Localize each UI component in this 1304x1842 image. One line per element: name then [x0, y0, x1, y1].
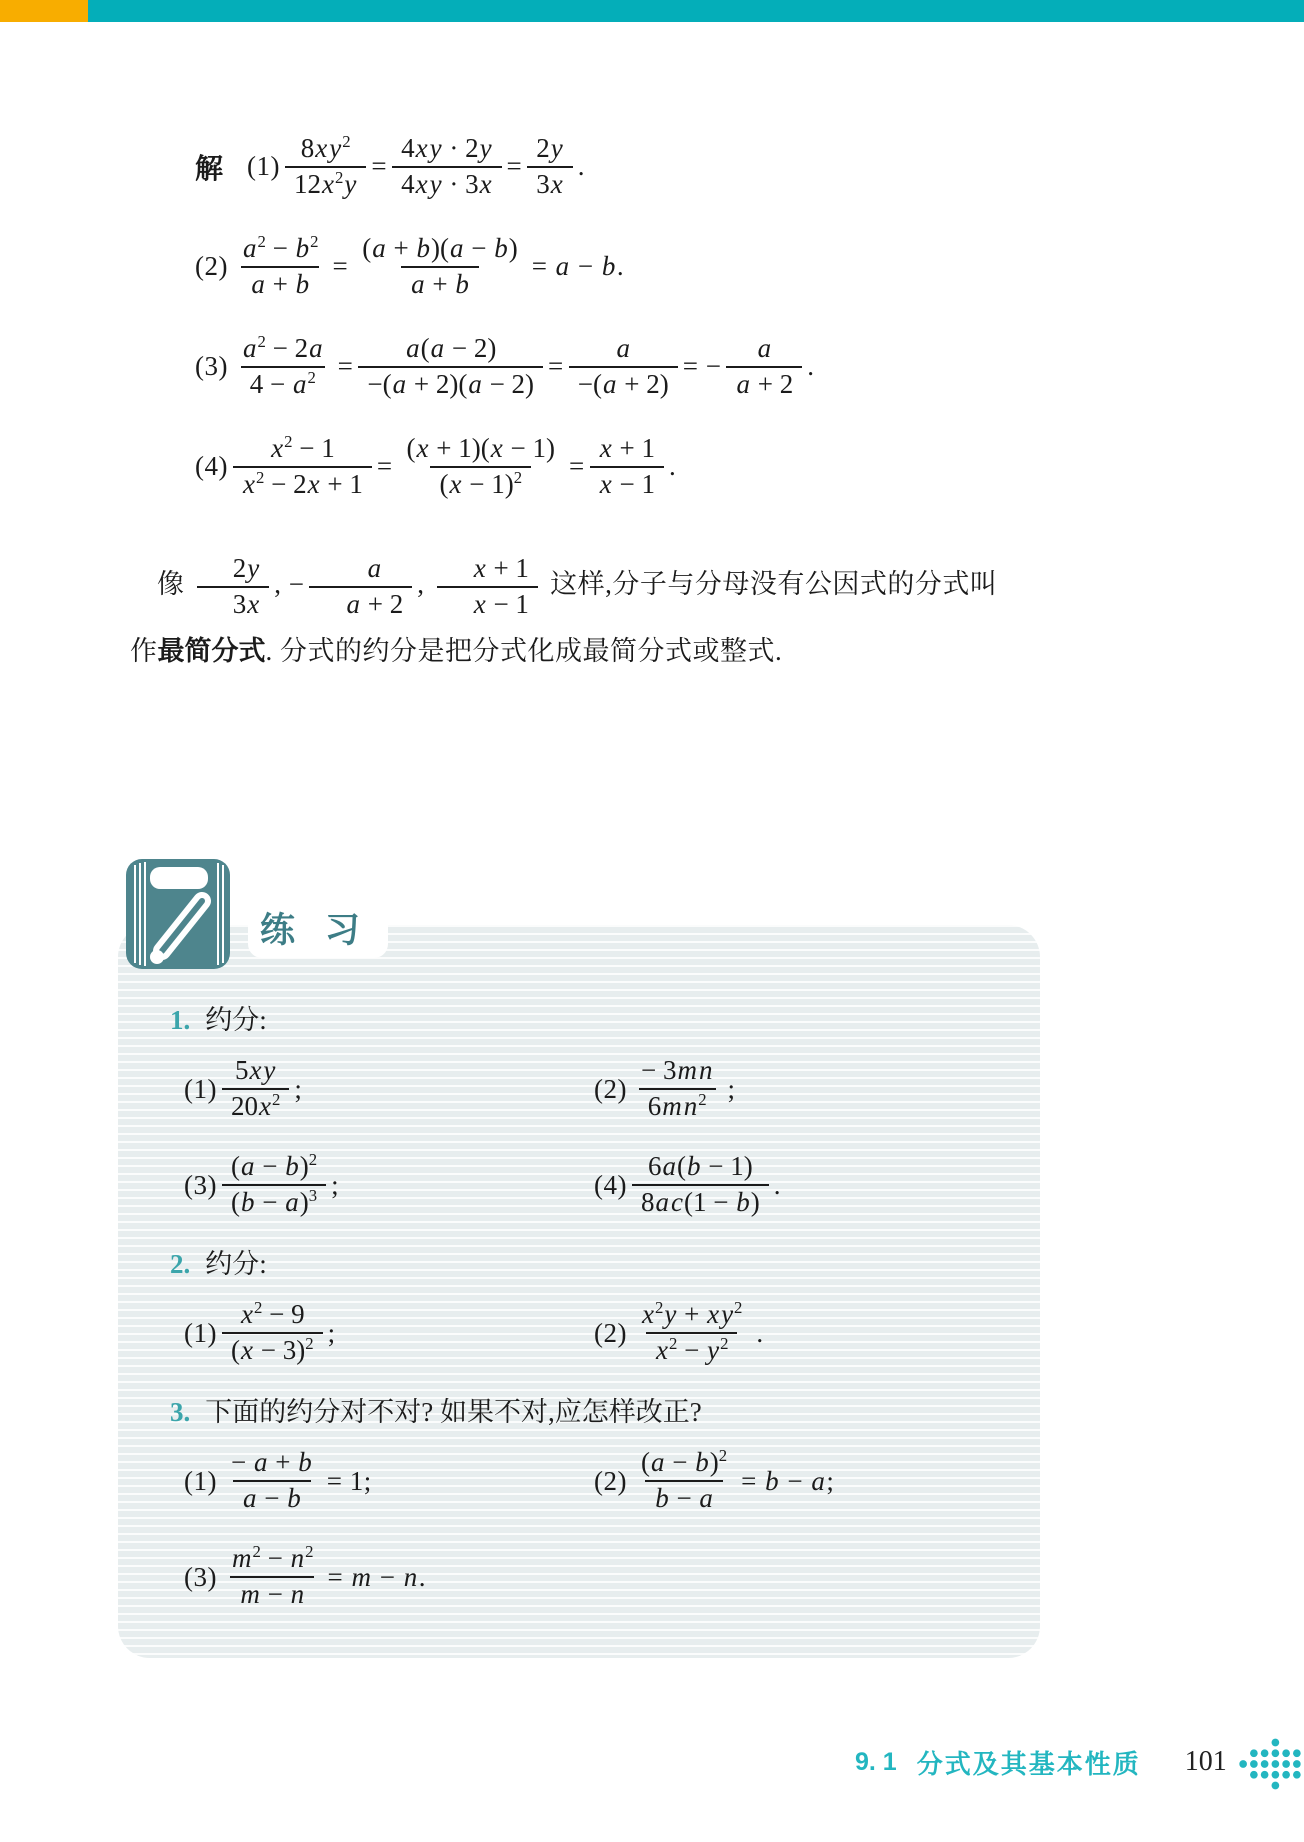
- fraction: x + 1x − 1: [590, 432, 664, 502]
- math-text: (1): [184, 1074, 217, 1105]
- fraction: 8xy212x2y: [285, 132, 366, 202]
- exercise-prompt: 3.下面的约分对不对? 如果不对,应怎样改正?: [170, 1391, 1030, 1433]
- math-text: .: [774, 1170, 781, 1201]
- definition-paragraph: 像 2y3x, −aa + 2, x + 1x − 1 这样,分子与分母没有公因…: [130, 552, 1022, 680]
- footer-section-title: 分式及其基本性质: [917, 1744, 1141, 1781]
- exercise-item: (1) − a + ba − b = 1;: [184, 1433, 594, 1529]
- exercise-item: (2) − 3mn6mn2;: [594, 1041, 1030, 1137]
- exercise-prompt-text: 约分:: [205, 1243, 267, 1285]
- fraction: (a − b)2(b − a)3: [222, 1150, 326, 1220]
- math-text: .: [669, 451, 676, 482]
- exercise-prompt: 2.约分:: [170, 1243, 1030, 1285]
- math-text: .: [807, 351, 814, 382]
- exercise-prompt-text: 约分:: [205, 999, 267, 1041]
- exercise-item: (4) 6a(b − 1)8ac(1 − b).: [594, 1137, 1030, 1233]
- practice-header: 练 习: [122, 853, 388, 973]
- exercise-items: (1) 5xy20x2;(2) − 3mn6mn2;(3) (a − b)2(b…: [154, 1041, 1030, 1233]
- solution-line: (2) a2 − b2a + b = (a + b)(a − b)a + b =…: [195, 218, 814, 315]
- exercise-number: 1.: [170, 999, 190, 1041]
- math-text: (3): [195, 351, 228, 382]
- fraction: 4xy · 2y4xy · 3x: [392, 132, 501, 202]
- math-text: (2): [594, 1318, 627, 1349]
- fraction: m2 − n2m − n: [222, 1542, 322, 1612]
- fraction: aa + 2: [726, 332, 802, 402]
- notebook-pencil-icon: [122, 853, 234, 973]
- math-text: (3): [184, 1562, 217, 1593]
- exercise-items: (1) − a + ba − b = 1;(2) (a − b)2b − a =…: [154, 1433, 1030, 1625]
- math-text: ;: [328, 1318, 336, 1349]
- fraction: (a − b)2b − a: [632, 1446, 736, 1516]
- exercise: 2.约分:(1) x2 − 9(x − 3)2;(2) x2y + xy2x2 …: [154, 1243, 1030, 1381]
- footer-section-number: 9. 1: [855, 1748, 897, 1777]
- math-text: (2): [594, 1466, 627, 1497]
- math-text: =: [548, 351, 564, 382]
- math-text: = b − a;: [741, 1466, 834, 1497]
- exercise: 1.约分:(1) 5xy20x2;(2) − 3mn6mn2;(3) (a − …: [154, 999, 1030, 1233]
- fraction: − 3mn6mn2: [632, 1054, 722, 1124]
- exercise-items: (1) x2 − 9(x − 3)2;(2) x2y + xy2x2 − y2.: [154, 1285, 1030, 1381]
- fraction: a−(a + 2): [569, 332, 678, 402]
- fraction: − a + ba − b: [222, 1446, 322, 1516]
- math-text: ,: [417, 569, 432, 599]
- math-text: =: [377, 451, 393, 482]
- math-text: (4): [594, 1170, 627, 1201]
- math-text: . 分式的约分是把分式化成最简分式或整式.: [266, 636, 783, 666]
- exercise: 3.下面的约分对不对? 如果不对,应怎样改正?(1) − a + ba − b …: [154, 1391, 1030, 1625]
- math-text: (2): [195, 251, 228, 282]
- exercise-item: (1) 5xy20x2;: [184, 1041, 594, 1137]
- top-bar-teal-segment: [88, 0, 1304, 22]
- exercise-item: (3) m2 − n2m − n = m − n.: [184, 1529, 594, 1625]
- math-text: ;: [727, 1074, 735, 1105]
- exercise-item: (2) x2y + xy2x2 − y2.: [594, 1285, 1030, 1381]
- exercise-item: (2) (a − b)2b − a = b − a;: [594, 1433, 1030, 1529]
- footer-page-number: 101: [1185, 1746, 1227, 1778]
- bold-key-term: 最简分式: [158, 636, 266, 666]
- fraction: x2y + xy2x2 − y2: [632, 1298, 751, 1368]
- fraction: (a + b)(a − b)a + b: [353, 232, 526, 302]
- exercise-number: 2.: [170, 1243, 190, 1285]
- solution-line: (4) x2 − 1x2 − 2x + 1 = (x + 1)(x − 1)(x…: [195, 418, 814, 515]
- math-text: (1): [184, 1318, 217, 1349]
- math-text: = a − b.: [532, 251, 624, 282]
- exercise-item: (3) (a − b)2(b − a)3;: [184, 1137, 594, 1233]
- top-bar-orange-segment: [0, 0, 88, 22]
- math-text: ;: [294, 1074, 302, 1105]
- fraction: a2 − 2a4 − a2: [233, 332, 333, 402]
- math-text: =: [507, 151, 523, 182]
- math-text: .: [756, 1318, 763, 1349]
- math-text: (4): [195, 451, 228, 482]
- fraction: a(a − 2)−(a + 2)(a − 2): [358, 332, 543, 402]
- fraction: (x + 1)(x − 1)(x − 1)2: [398, 432, 564, 502]
- fraction: a2 − b2a + b: [233, 232, 327, 302]
- math-text: (1): [247, 151, 280, 182]
- solution-line: (3) a2 − 2a4 − a2 = a(a − 2)−(a + 2)(a −…: [195, 318, 814, 415]
- math-text: = −: [683, 351, 722, 382]
- math-text: ;: [331, 1170, 339, 1201]
- exercise-prompt: 1.约分:: [170, 999, 1030, 1041]
- math-text: .: [578, 151, 585, 182]
- fraction: x2 − 1x2 − 2x + 1: [233, 432, 372, 502]
- math-text: = m − n.: [327, 1562, 425, 1593]
- solution-line: 解(1) 8xy212x2y = 4xy · 2y4xy · 3x = 2y3x…: [195, 118, 814, 215]
- math-text: =: [332, 251, 348, 282]
- top-bar: [0, 0, 1304, 22]
- fraction: 5xy20x2: [222, 1054, 289, 1124]
- solution-label: 解: [195, 147, 223, 187]
- practice-title: 练 习: [248, 900, 388, 958]
- math-text: (3): [184, 1170, 217, 1201]
- fraction: 2y3x: [527, 132, 572, 202]
- fraction: 6a(b − 1)8ac(1 − b): [632, 1150, 769, 1220]
- math-text: = 1;: [327, 1466, 372, 1497]
- dots-arrow-decoration: [1237, 1737, 1303, 1791]
- math-text: =: [338, 351, 354, 382]
- math-text: =: [569, 451, 585, 482]
- fraction: 2y3x: [197, 552, 269, 622]
- page-footer: 9. 1 分式及其基本性质 101: [855, 1733, 1303, 1791]
- practice-panel: 1.约分:(1) 5xy20x2;(2) − 3mn6mn2;(3) (a − …: [118, 925, 1040, 1658]
- fraction: aa + 2: [309, 552, 412, 622]
- exercise-item: (1) x2 − 9(x − 3)2;: [184, 1285, 594, 1381]
- textbook-page: 解(1) 8xy212x2y = 4xy · 2y4xy · 3x = 2y3x…: [0, 0, 1304, 1842]
- math-text: (1): [184, 1466, 217, 1497]
- math-text: 像: [157, 569, 192, 599]
- practice-exercises: 1.约分:(1) 5xy20x2;(2) − 3mn6mn2;(3) (a − …: [118, 925, 1040, 1625]
- exercise-prompt-text: 下面的约分对不对? 如果不对,应怎样改正?: [205, 1391, 701, 1433]
- math-text: , −: [274, 569, 304, 599]
- fraction: x2 − 9(x − 3)2: [222, 1298, 323, 1368]
- fraction: x + 1x − 1: [437, 552, 538, 622]
- solution-block: 解(1) 8xy212x2y = 4xy · 2y4xy · 3x = 2y3x…: [195, 118, 814, 518]
- math-text: =: [371, 151, 387, 182]
- exercise-number: 3.: [170, 1391, 190, 1433]
- math-text: (2): [594, 1074, 627, 1105]
